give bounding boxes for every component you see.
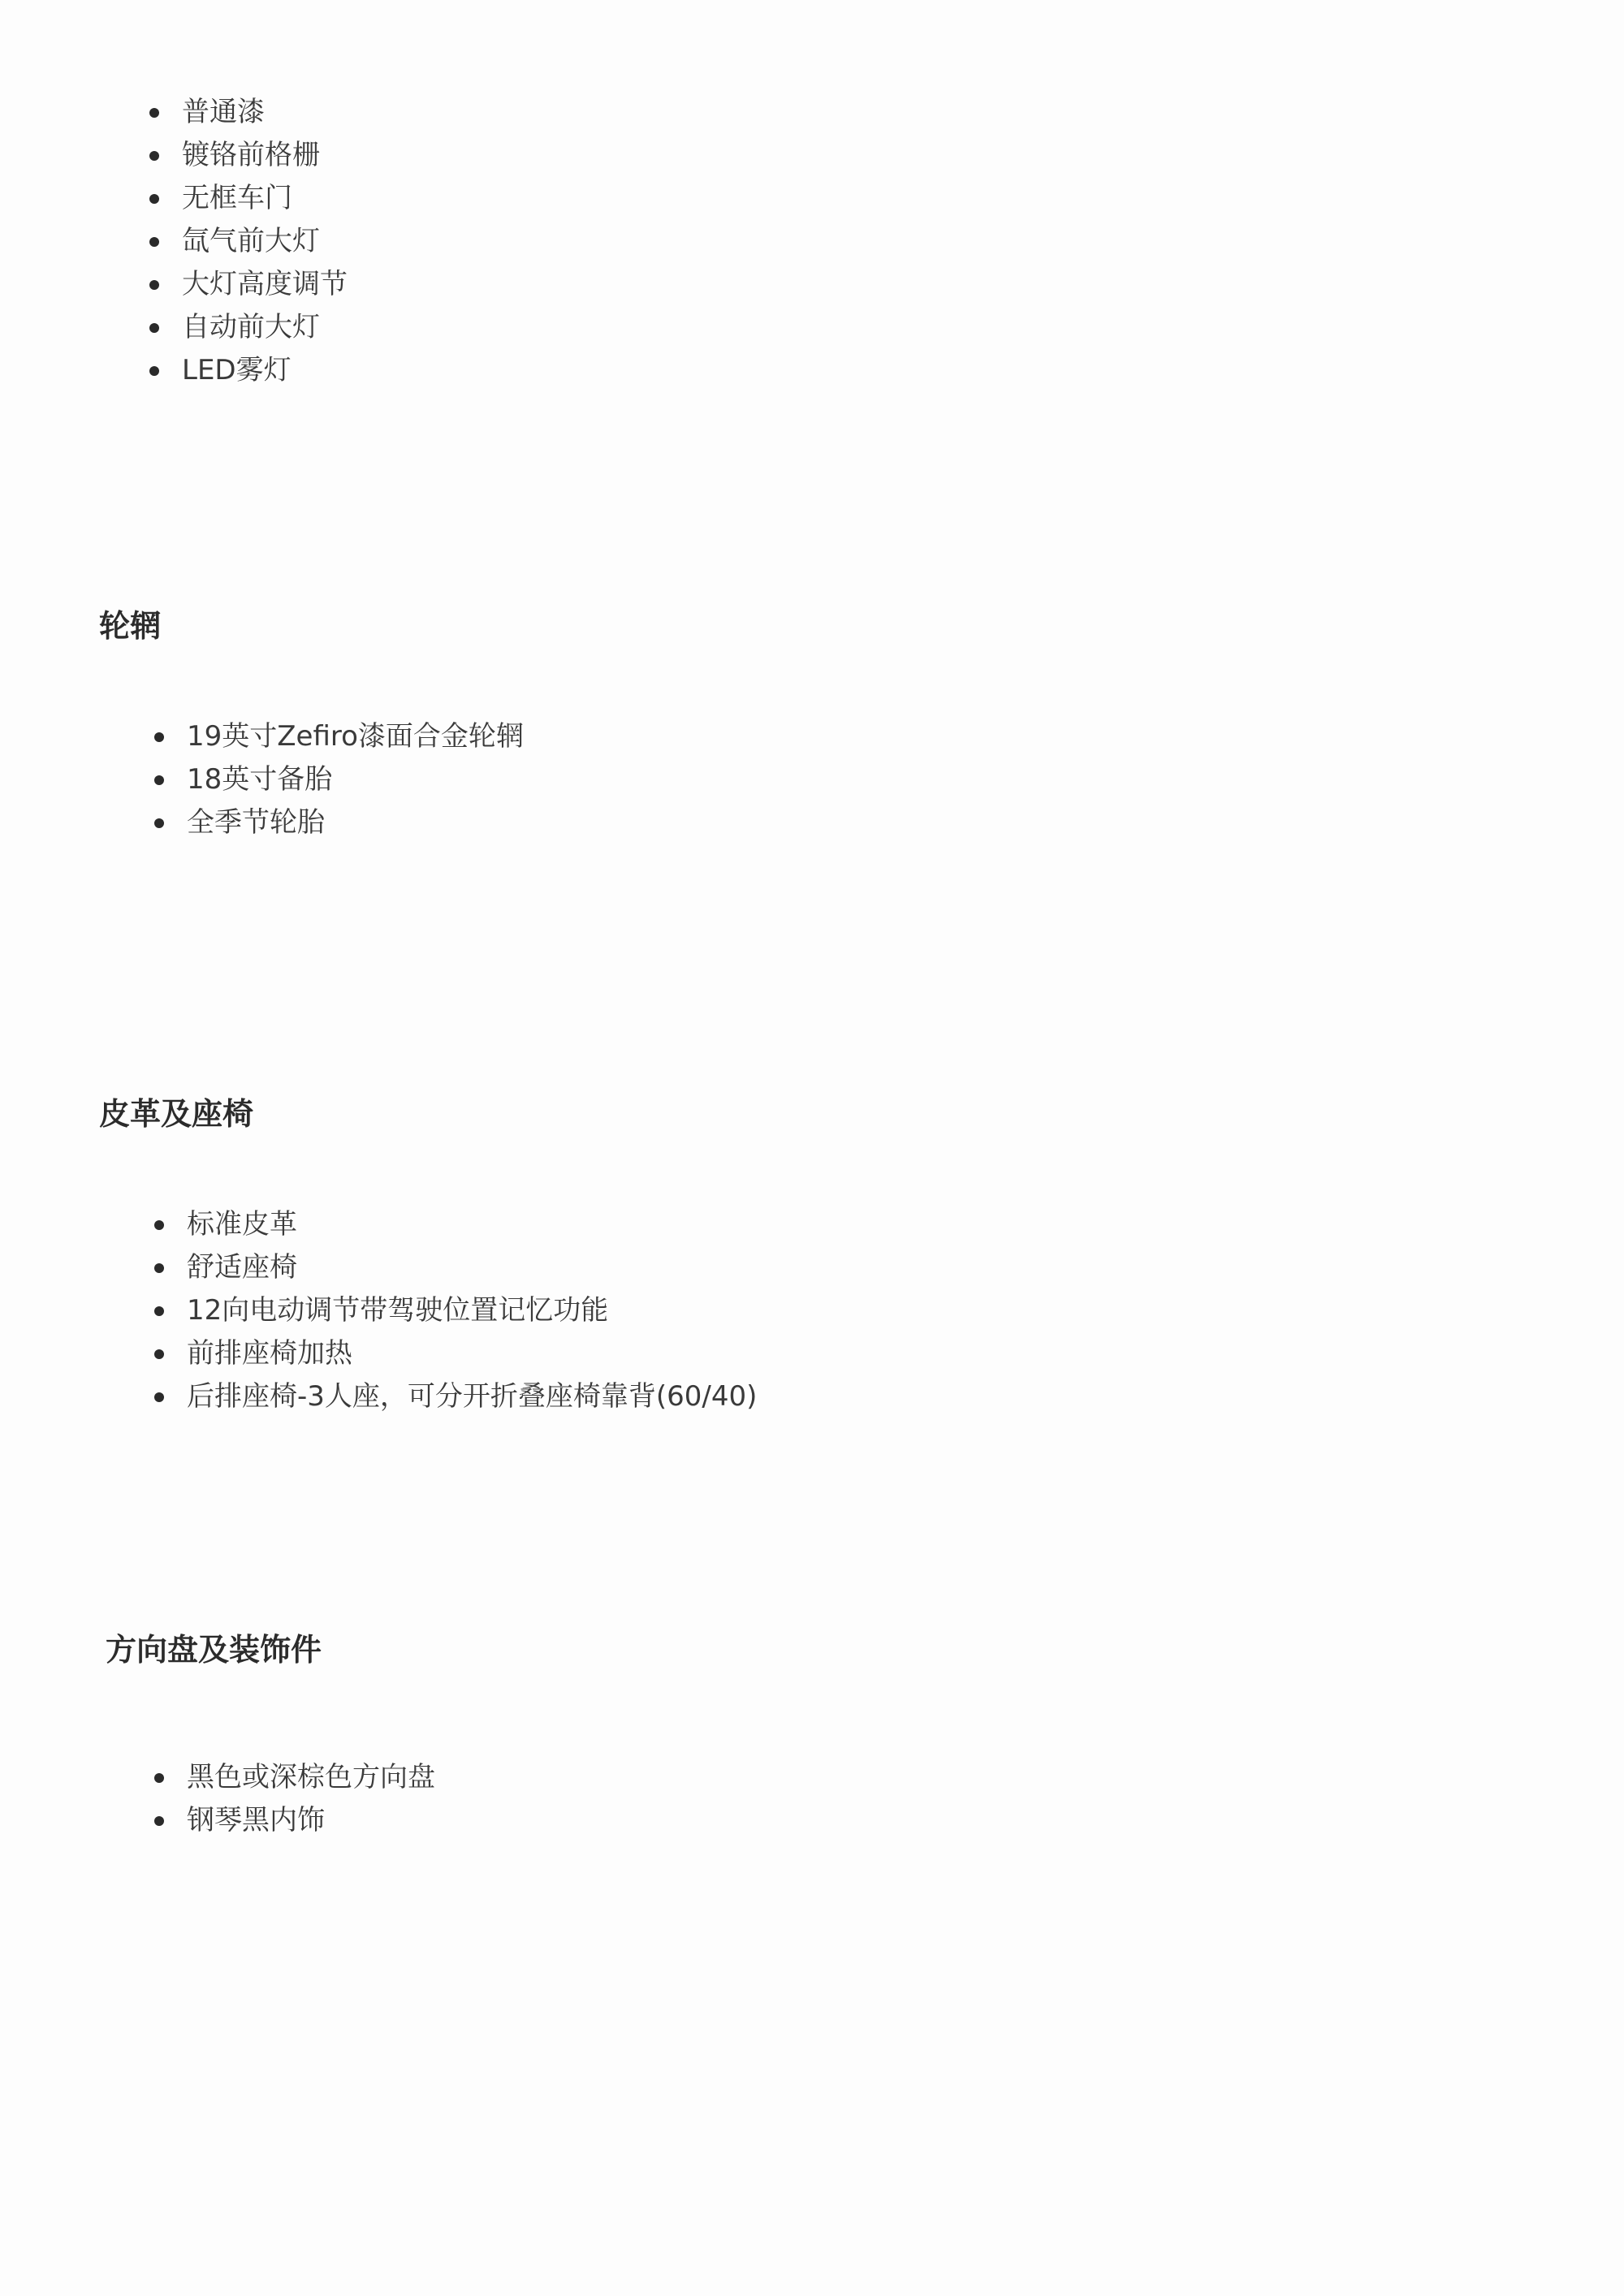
bullet-icon [154, 775, 164, 785]
list-item-text: LED雾灯 [182, 354, 292, 386]
list-item-text: 普通漆 [182, 96, 265, 128]
bullet-icon [154, 1306, 164, 1316]
list-item: 19英寸Zefiro漆面合金轮辋 [154, 715, 524, 758]
bullet-icon [149, 151, 159, 161]
list-item-text: 钢琴黑内饰 [187, 1804, 325, 1836]
section-title: 皮革及座椅 [99, 1096, 253, 1132]
bullet-icon [154, 818, 164, 828]
list-item: 大灯高度调节 [149, 263, 348, 306]
section-title: 方向盘及装饰件 [106, 1632, 322, 1668]
list-item-text: 标准皮革 [187, 1208, 297, 1241]
list-item: 前排座椅加热 [154, 1332, 757, 1375]
list-item: 舒适座椅 [154, 1246, 757, 1289]
steering-feature-list: 黑色或深棕色方向盘 钢琴黑内饰 [154, 1756, 435, 1842]
bullet-icon [154, 732, 164, 742]
list-item-text: 黑色或深棕色方向盘 [187, 1761, 435, 1793]
list-item-text: 全季节轮胎 [187, 806, 325, 839]
list-item: 黑色或深棕色方向盘 [154, 1756, 435, 1799]
exterior-feature-list: 普通漆 镀铬前格栅 无框车门 氙气前大灯 大灯高度调节 自动前大灯 LED雾灯 [149, 91, 348, 392]
wheels-feature-list: 19英寸Zefiro漆面合金轮辋 18英寸备胎 全季节轮胎 [154, 715, 524, 844]
list-item-text: 氙气前大灯 [182, 225, 320, 257]
list-item: 自动前大灯 [149, 306, 348, 349]
bullet-icon [154, 1349, 164, 1359]
bullet-icon [154, 1220, 164, 1230]
list-item-text: 后排座椅-3人座，可分开折叠座椅靠背(60/40) [187, 1380, 757, 1413]
list-item: 12向电动调节带驾驶位置记忆功能 [154, 1289, 757, 1332]
seats-feature-list: 标准皮革 舒适座椅 12向电动调节带驾驶位置记忆功能 前排座椅加热 后排座椅-3… [154, 1203, 757, 1418]
list-item-text: 无框车门 [182, 182, 292, 214]
list-item: LED雾灯 [149, 349, 348, 392]
bullet-icon [149, 237, 159, 247]
bullet-icon [154, 1263, 164, 1273]
list-item: 氙气前大灯 [149, 220, 348, 263]
list-item-text: 19英寸Zefiro漆面合金轮辋 [187, 720, 524, 753]
list-item: 无框车门 [149, 177, 348, 220]
list-item-text: 18英寸备胎 [187, 763, 332, 796]
bullet-icon [149, 366, 159, 376]
list-item: 镀铬前格栅 [149, 134, 348, 177]
bullet-icon [154, 1773, 164, 1783]
list-item: 标准皮革 [154, 1203, 757, 1246]
list-item: 18英寸备胎 [154, 758, 524, 801]
list-item-text: 前排座椅加热 [187, 1337, 352, 1370]
list-item-text: 自动前大灯 [182, 311, 320, 343]
list-item: 钢琴黑内饰 [154, 1799, 435, 1842]
bullet-icon [149, 323, 159, 333]
bullet-icon [154, 1816, 164, 1826]
bullet-icon [149, 108, 159, 118]
bullet-icon [154, 1392, 164, 1402]
list-item: 普通漆 [149, 91, 348, 134]
list-item: 全季节轮胎 [154, 801, 524, 844]
list-item-text: 舒适座椅 [187, 1251, 297, 1284]
list-item-text: 12向电动调节带驾驶位置记忆功能 [187, 1294, 608, 1327]
bullet-icon [149, 280, 159, 290]
section-title: 轮辋 [99, 608, 161, 644]
list-item-text: 镀铬前格栅 [182, 139, 320, 171]
list-item: 后排座椅-3人座，可分开折叠座椅靠背(60/40) [154, 1375, 757, 1418]
list-item-text: 大灯高度调节 [182, 268, 348, 300]
bullet-icon [149, 194, 159, 204]
